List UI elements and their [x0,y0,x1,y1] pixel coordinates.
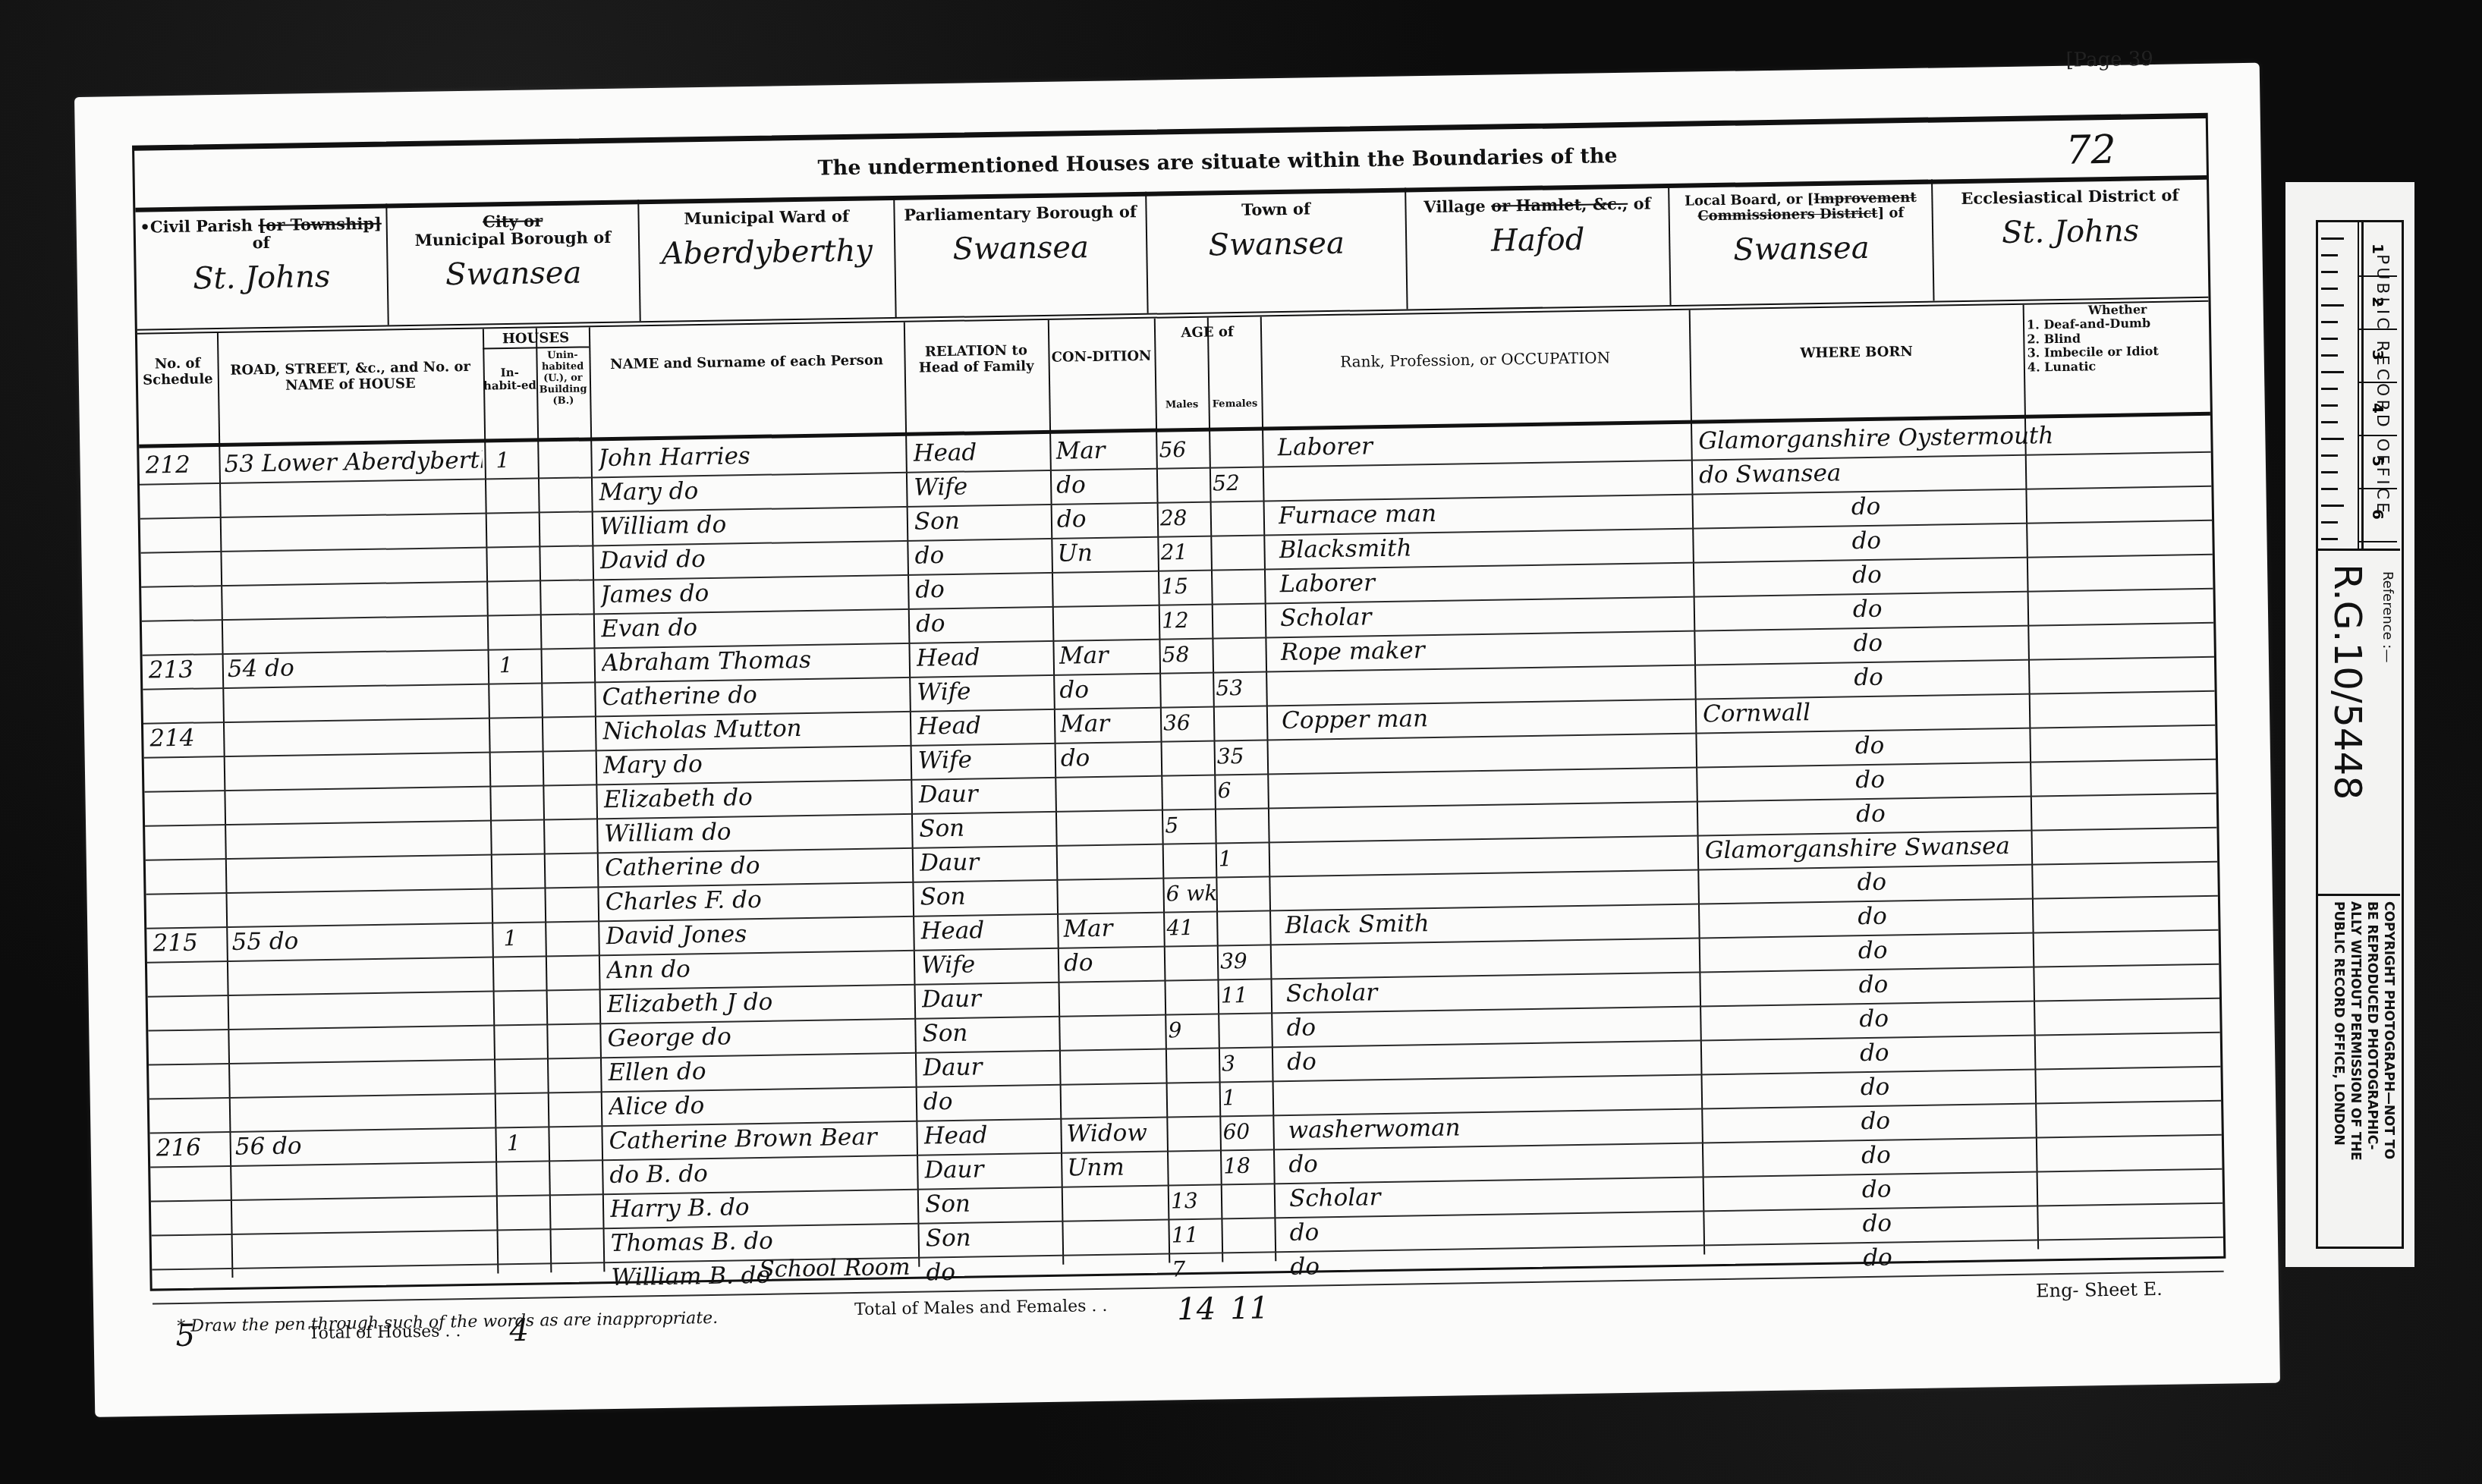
cell-male-age [1163,739,1214,775]
boundary-ecclesiastical-district: Ecclesiastical District of St. Johns [1933,175,2208,301]
cell-uninhabited [547,577,590,614]
cell-relation: Head [916,639,1049,677]
ruler-tick [2321,271,2338,273]
cell-condition [1064,979,1163,1016]
cell-condition [1062,842,1162,879]
cell-road [236,1193,495,1233]
cell-uninhabited [548,646,590,682]
cell-female-age [1215,601,1266,637]
cell-uninhabited [555,1089,598,1126]
cell-road [231,887,489,926]
cell-condition [1065,1047,1165,1084]
ruler-tick [2321,538,2338,540]
cell-male-age: 58 [1162,637,1213,673]
table-body: 21253 Lower Aberdyberth1John HarriesHead… [139,416,2223,1306]
cell-inhabited [501,783,539,819]
cell-uninhabited [554,1021,596,1058]
cell-schedule [146,481,219,517]
cell-female-age: 52 [1213,464,1263,501]
col-relation: RELATION to Head of Family [904,343,1049,376]
boundary-town: Town of Swansea [1147,187,1408,313]
cell-female-age [1218,806,1269,842]
cell-condition: Widow [1066,1115,1166,1152]
cell-where-born: do [1711,1235,2228,1279]
cell-relation: Wife [914,468,1047,506]
cell-condition [1061,774,1160,811]
cell-relation: do [914,536,1048,574]
cell-female-age: 3 [1222,1045,1272,1081]
cell-inhabited [502,817,540,854]
cell-inhabited [507,1159,546,1195]
cell-female-age [1212,430,1263,467]
cell-uninhabited [553,953,596,989]
cell-condition: Un [1057,535,1156,572]
cell-road [234,1058,492,1097]
cell-uninhabited [552,919,595,955]
cell-male-age [1167,977,1218,1014]
cell-uninhabited [550,782,593,819]
cell-relation: Son [925,1185,1059,1223]
cell-road [225,511,484,551]
cell-schedule [155,1061,228,1098]
cell-female-age [1214,567,1265,603]
cell-road [235,1160,494,1199]
cell-male-age: 36 [1163,705,1214,741]
ruler-tick [2321,254,2338,256]
cell-schedule [156,1096,228,1132]
total-persons-label: Total of Males and Females . . [854,1297,1108,1319]
cell-schedule: 213 [149,652,222,688]
cell-road: 55 do [231,921,490,961]
col-occupation: Rank, Profession, or OCCUPATION [1261,348,1690,373]
cell-male-age: 9 [1168,1011,1219,1048]
col-males: Males [1155,400,1208,412]
cell-male-age: 11 [1171,1216,1222,1253]
cell-condition [1058,569,1157,606]
cell-road [237,1228,495,1267]
col-condition: CON-DITION [1048,349,1154,366]
cell-relation: Head [913,434,1046,472]
ruler-tick [2321,321,2338,323]
cell-road [225,545,484,585]
col-inhabited: In-habit-ed [483,366,537,393]
cell-road [228,716,487,756]
cell-road [233,1023,492,1063]
measurement-ruler: 123456 PUBLIC RECORD OFFICE [2318,222,2400,551]
ruler-tick [2321,304,2344,307]
cell-condition: Mar [1063,910,1162,948]
census-form-frame: The undermentioned Houses are situate wi… [132,113,2226,1291]
cell-male-age: 13 [1171,1182,1222,1218]
cell-relation: Wife [917,673,1050,711]
town-value: Swansea [1147,225,1406,264]
cell-female-age [1221,1011,1272,1047]
boundary-local-board: Local Board, or [Improvement Commissione… [1669,180,1934,305]
cell-schedule [154,993,227,1030]
cell-relation: do [926,1253,1059,1291]
cell-uninhabited [549,680,591,716]
cell-inhabited [501,749,539,785]
cell-condition: Mar [1060,706,1159,743]
ruler-tick [2321,404,2338,407]
cell-uninhabited [546,509,589,545]
ruler-tick [2321,288,2338,290]
cell-condition: do [1056,467,1156,504]
cell-schedule [148,618,221,654]
cell-relation: Head [923,1117,1057,1155]
cell-inhabited [499,613,537,649]
record-office-title: PUBLIC RECORD OFFICE [2361,222,2400,549]
cell-schedule [156,1164,229,1200]
cell-uninhabited [546,475,588,511]
cell-inhabited: 1 [506,1124,545,1161]
cell-relation: do [923,1083,1057,1121]
col-schedule: No. of Schedule [137,356,218,388]
cell-male-age: 41 [1166,909,1217,945]
cell-relation: do [916,605,1049,643]
cell-schedule [147,583,220,620]
cell-condition: do [1064,945,1163,982]
cell-inhabited [504,954,543,990]
cell-schedule: 212 [145,447,218,483]
cell-schedule: 216 [156,1130,228,1166]
ecclesiastical-district-value: St. Johns [1933,212,2208,252]
cell-schedule [154,1027,227,1064]
cell-male-age [1162,671,1213,707]
copyright-notice: COPYRIGHT PHOTOGRAPH—NOT TO BE REPRODUCE… [2318,894,2400,1247]
cell-inhabited [502,851,541,888]
cell-inhabited [505,1022,543,1058]
record-office-box: 123456 PUBLIC RECORD OFFICE Reference :—… [2316,220,2404,1249]
cell-relation: Daur [920,844,1053,882]
cell-road [229,750,488,790]
ruler-tick [2321,338,2338,340]
boundary-civil-parish: •Civil Parish [or Township] of St. Johns [135,204,389,329]
cell-male-age: 6 wks [1166,875,1216,911]
cell-inhabited: 1 [495,442,534,479]
cell-relation: Son [925,1219,1059,1257]
cell-road: 56 do [234,1126,493,1165]
cell-schedule [151,822,224,859]
municipal-borough-value: Swansea [388,255,639,294]
cell-uninhabited [552,850,594,887]
cell-inhabited: 1 [503,920,542,956]
cell-male-age: 56 [1159,432,1210,468]
cell-male-age: 7 [1172,1250,1222,1287]
cell-condition: Mar [1059,637,1158,674]
ruler-tick [2321,454,2338,457]
cell-road [234,1092,493,1131]
cell-condition [1068,1184,1167,1221]
cell-schedule [146,515,219,552]
cell-inhabited [500,715,539,752]
ruler-tick [2321,371,2344,373]
ruler-tick [2321,505,2344,507]
record-office-strip: 123456 PUBLIC RECORD OFFICE Reference :—… [2285,182,2414,1267]
cell-uninhabited [556,1158,599,1194]
parliamentary-borough-value: Swansea [895,229,1147,268]
municipal-ward-value: Aberdyberthy [640,233,895,272]
cell-road [225,477,483,517]
cell-schedule [158,1232,231,1269]
cell-relation: Daur [924,1151,1058,1189]
cell-inhabited [498,579,536,615]
cell-uninhabited [548,612,590,648]
cell-relation: Daur [923,1049,1056,1086]
ruler-tick [2321,388,2338,390]
cell-schedule: 215 [153,925,225,961]
cell-relation: Son [920,878,1053,916]
cell-condition [1059,603,1158,640]
cell-female-age: 1 [1222,1079,1273,1115]
cell-road [230,819,489,858]
cell-inhabited [506,1090,545,1127]
cell-condition [1065,1013,1164,1050]
cell-relation: do [915,571,1049,608]
census-sheet: [Page 39 The undermentioned Houses are s… [74,63,2280,1417]
cell-road [231,853,489,892]
village-value: Hafod [1407,221,1669,259]
cell-female-age [1213,498,1264,535]
cell-male-age [1169,1114,1220,1150]
cell-uninhabited [557,1192,599,1228]
reference-box: Reference :— R.G.10/5448 [2318,549,2400,896]
cell-occupation: do [1290,1243,1700,1285]
cell-female-age [1216,703,1267,740]
col-where-born: WHERE BORN [1689,343,2023,364]
total-females: 11 [1230,1291,1269,1326]
cell-inhabited [502,885,541,922]
cell-road [233,989,492,1029]
reference-label: Reference :— [2380,571,2395,662]
total-males: 14 [1177,1292,1216,1328]
cell-schedule [146,549,219,586]
cell-relation: Son [922,1014,1055,1052]
school-room-note: School Room [759,1254,911,1283]
cell-road [237,1262,495,1301]
cell-female-age [1213,533,1264,569]
cell-uninhabited [545,441,587,477]
cell-inhabited [505,988,543,1024]
cell-male-age [1170,1148,1221,1184]
cell-male-age: 15 [1161,568,1212,605]
ruler-tick [2321,421,2338,423]
cell-inhabited [496,476,535,513]
cell-schedule [152,857,225,893]
ruler-tick [2321,521,2338,523]
cell-inhabited [497,511,536,547]
cell-uninhabited [549,714,592,750]
cell-female-age [1219,908,1270,945]
cell-road [228,682,486,722]
cell-female-age: 18 [1223,1147,1274,1184]
cell-condition: Mar [1055,432,1155,470]
cell-schedule [157,1198,230,1234]
cell-inhabited [505,1056,544,1093]
col-name: NAME and Surname of each Person [589,353,904,373]
col-infirmity: Whether 1. Deaf-and-Dumb 2. Blind 3. Imb… [2027,302,2210,375]
cell-condition: Unm [1067,1149,1166,1187]
cell-male-age [1169,1045,1219,1082]
cell-road [226,580,485,619]
cell-inhabited [508,1227,546,1263]
cell-female-age [1224,1215,1275,1252]
cell-schedule [153,959,226,995]
cell-female-age [1219,874,1269,910]
col-females: Females [1208,398,1261,410]
cell-inhabited [499,681,538,718]
boundary-municipal-borough: City orMunicipal Borough of Swansea [387,200,640,325]
cell-condition [1062,876,1162,913]
cell-uninhabited [555,1124,598,1160]
cell-relation: Head [920,912,1054,950]
cell-condition: do [1060,740,1159,777]
cell-condition [1068,1252,1168,1289]
cell-male-age [1166,841,1216,878]
reference-value: R.G.10/5448 [2326,564,2370,800]
cell-male-age [1159,466,1210,502]
ruler-tick [2321,438,2344,440]
cell-condition: do [1057,501,1156,538]
cell-female-age: 35 [1216,737,1267,774]
ruler-tick [2321,237,2344,240]
cell-schedule [149,686,222,722]
cell-female-age [1225,1250,1276,1286]
ruler-tick [2321,488,2338,490]
page-label: [Page 39 [2065,48,2153,72]
cell-condition [1066,1081,1166,1118]
cell-female-age: 53 [1216,669,1266,706]
cell-relation: Daur [918,775,1052,813]
cell-schedule: 214 [149,720,222,756]
cell-condition [1068,1218,1167,1255]
cell-relation: Wife [918,741,1052,779]
boundary-municipal-ward: Municipal Ward of Aberdyberthy [639,196,896,321]
cell-female-age: 39 [1220,942,1271,979]
cell-male-age: 5 [1165,807,1216,844]
cell-schedule [152,891,225,927]
cell-uninhabited [555,1055,597,1092]
boundary-village: Village or Hamlet, &c., of Hafod [1406,184,1671,309]
cell-schedule [150,788,223,825]
cell-road: 53 Lower Aberdyberth [224,443,483,483]
local-board-value: Swansea [1670,229,1933,268]
cell-relation: Daur [921,980,1055,1018]
cell-relation: Son [914,502,1048,540]
cell-uninhabited [551,816,593,853]
col-houses: HOUSES [483,330,589,349]
cell-female-age: 1 [1219,840,1269,876]
cell-male-age [1167,943,1218,979]
cell-relation: Head [917,707,1051,745]
sheet-code: Eng- Sheet E. [2036,1278,2163,1302]
cell-inhabited: 1 [499,647,537,684]
banner-title: The undermentioned Houses are situate wi… [817,144,1618,181]
cell-uninhabited [552,885,594,921]
cell-road [229,784,488,824]
cell-female-age: 11 [1220,976,1271,1013]
cell-condition [1062,808,1161,845]
col-age: AGE of [1154,324,1260,341]
cell-condition: do [1059,671,1159,709]
civil-parish-value: St. Johns [136,259,387,297]
cell-female-age [1224,1181,1275,1218]
cell-female-age: 6 [1217,772,1268,808]
col-uninhabited: Unin-habited (U.), or Building (B.) [536,350,590,407]
cell-inhabited [497,545,536,581]
cell-uninhabited [546,543,589,580]
cell-schedule [150,754,223,791]
cell-schedule [158,1266,231,1303]
cell-male-age: 12 [1162,602,1213,639]
cell-road: 54 do [228,648,486,687]
boundary-parliamentary-borough: Parliamentary Borough of Swansea [895,192,1148,317]
cell-male-age [1164,773,1215,810]
ruler-tick [2321,471,2338,473]
cell-uninhabited [557,1226,599,1262]
cell-male-age: 28 [1160,500,1211,536]
cell-uninhabited [550,748,593,784]
cell-female-age: 60 [1222,1113,1273,1149]
cell-road [227,614,486,653]
cell-relation: Wife [921,946,1055,984]
cell-relation: Son [919,810,1052,847]
cell-male-age [1169,1080,1220,1116]
cell-female-age [1215,635,1266,671]
cell-road [232,955,491,995]
col-road: ROAD, STREET, &c., and No. or NAME of HO… [218,360,484,395]
cell-inhabited [508,1261,547,1297]
cell-inhabited [508,1193,546,1229]
folio-number: 72 [2065,127,2116,174]
ruler-tick [2321,354,2338,357]
cell-uninhabited [554,987,596,1023]
cell-uninhabited [558,1260,600,1297]
cell-male-age: 21 [1160,534,1211,571]
